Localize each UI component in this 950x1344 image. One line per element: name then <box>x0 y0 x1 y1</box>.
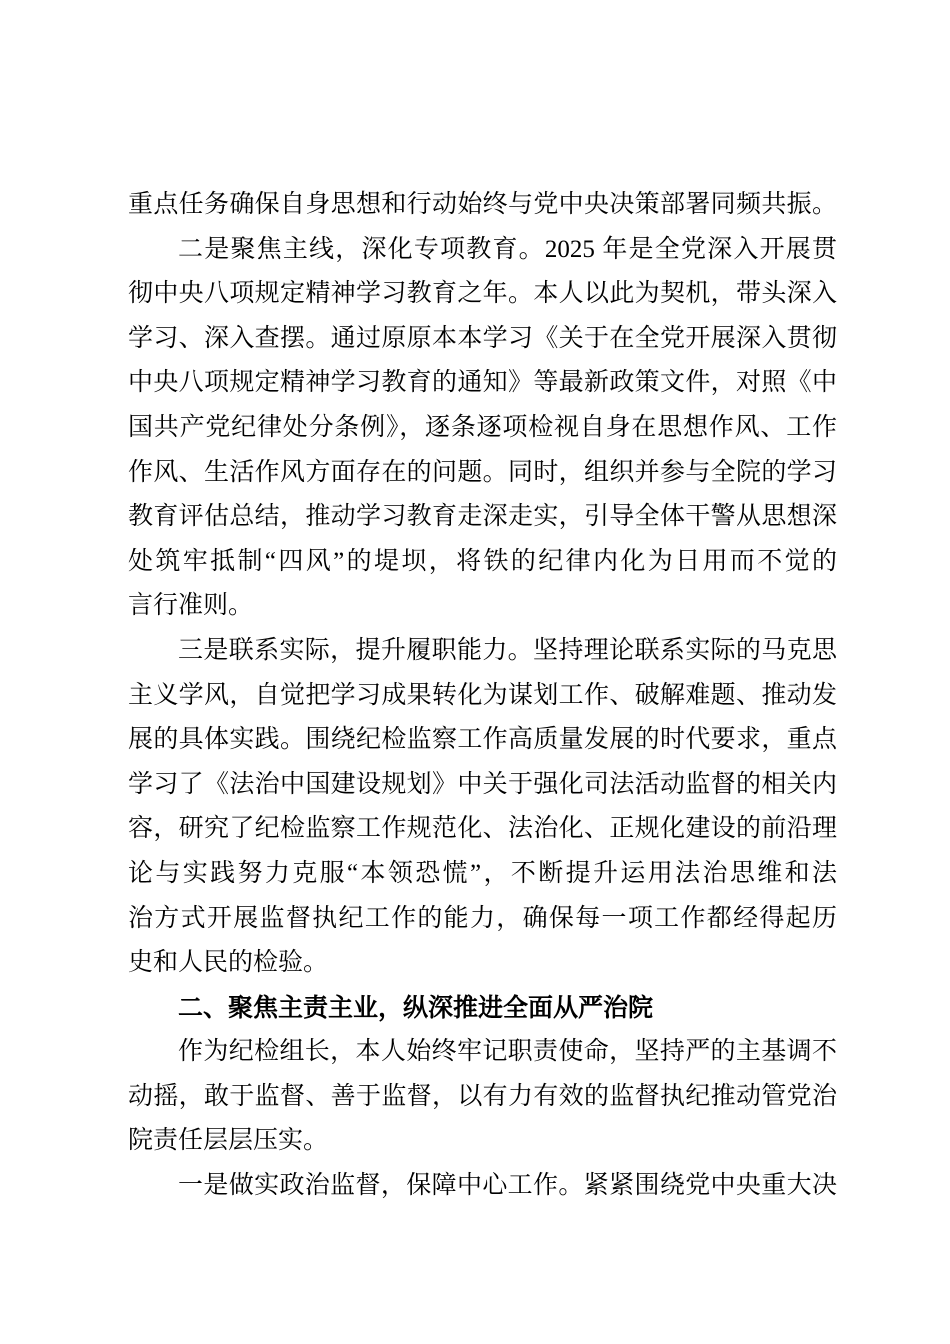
text-line: 主义学风，自觉把学习成果转化为谋划工作、破解难题、推动发 <box>128 674 837 719</box>
text-line: 动摇，敢于监督、善于监督，以有力有效的监督执纪推动管党治 <box>128 1075 837 1120</box>
text-line: 重点任务确保自身思想和行动始终与党中央决策部署同频共振。 <box>128 183 837 228</box>
text-line: 院责任层层压实。 <box>128 1119 837 1164</box>
text-line: 教育评估总结，推动学习教育走深走实，引导全体干警从思想深 <box>128 495 837 540</box>
text-line: 史和人民的检验。 <box>128 941 837 986</box>
text-line: 国共产党纪律处分条例》，逐条逐项检视自身在思想作风、工作 <box>128 406 837 451</box>
text-line: 一是做实政治监督，保障中心工作。紧紧围绕党中央重大决 <box>128 1164 837 1209</box>
section-heading: 二、聚焦主责主业，纵深推进全面从严治院 <box>128 986 837 1031</box>
text-line: 学习、深入查摆。通过原原本本学习《关于在全党开展深入贯彻 <box>128 317 837 362</box>
text-line: 容，研究了纪检监察工作规范化、法治化、正规化建设的前沿理 <box>128 807 837 852</box>
text-line: 作风、生活作风方面存在的问题。同时，组织并参与全院的学习 <box>128 451 837 496</box>
text-line: 中央八项规定精神学习教育的通知》等最新政策文件，对照《中 <box>128 361 837 406</box>
text-line: 治方式开展监督执纪工作的能力，确保每一项工作都经得起历 <box>128 897 837 942</box>
text-line: 论与实践努力克服“本领恐慌”，不断提升运用法治思维和法 <box>128 852 837 897</box>
text-line: 作为纪检组长，本人始终牢记职责使命，坚持严的主基调不 <box>128 1030 837 1075</box>
document-body: 重点任务确保自身思想和行动始终与党中央决策部署同频共振。 二是聚焦主线，深化专项… <box>128 183 837 1209</box>
text-line: 学习了《法治中国建设规划》中关于强化司法活动监督的相关内 <box>128 763 837 808</box>
document-page: 重点任务确保自身思想和行动始终与党中央决策部署同频共振。 二是聚焦主线，深化专项… <box>0 0 950 1344</box>
text-line: 言行准则。 <box>128 584 837 629</box>
text-line: 彻中央八项规定精神学习教育之年。本人以此为契机，带头深入 <box>128 272 837 317</box>
text-line: 处筑牢抵制“四风”的堤坝，将铁的纪律内化为日用而不觉的 <box>128 540 837 585</box>
text-line: 二是聚焦主线，深化专项教育。2025 年是全党深入开展贯 <box>128 228 837 273</box>
text-line: 三是联系实际，提升履职能力。坚持理论联系实际的马克思 <box>128 629 837 674</box>
text-line: 展的具体实践。围绕纪检监察工作高质量发展的时代要求，重点 <box>128 718 837 763</box>
